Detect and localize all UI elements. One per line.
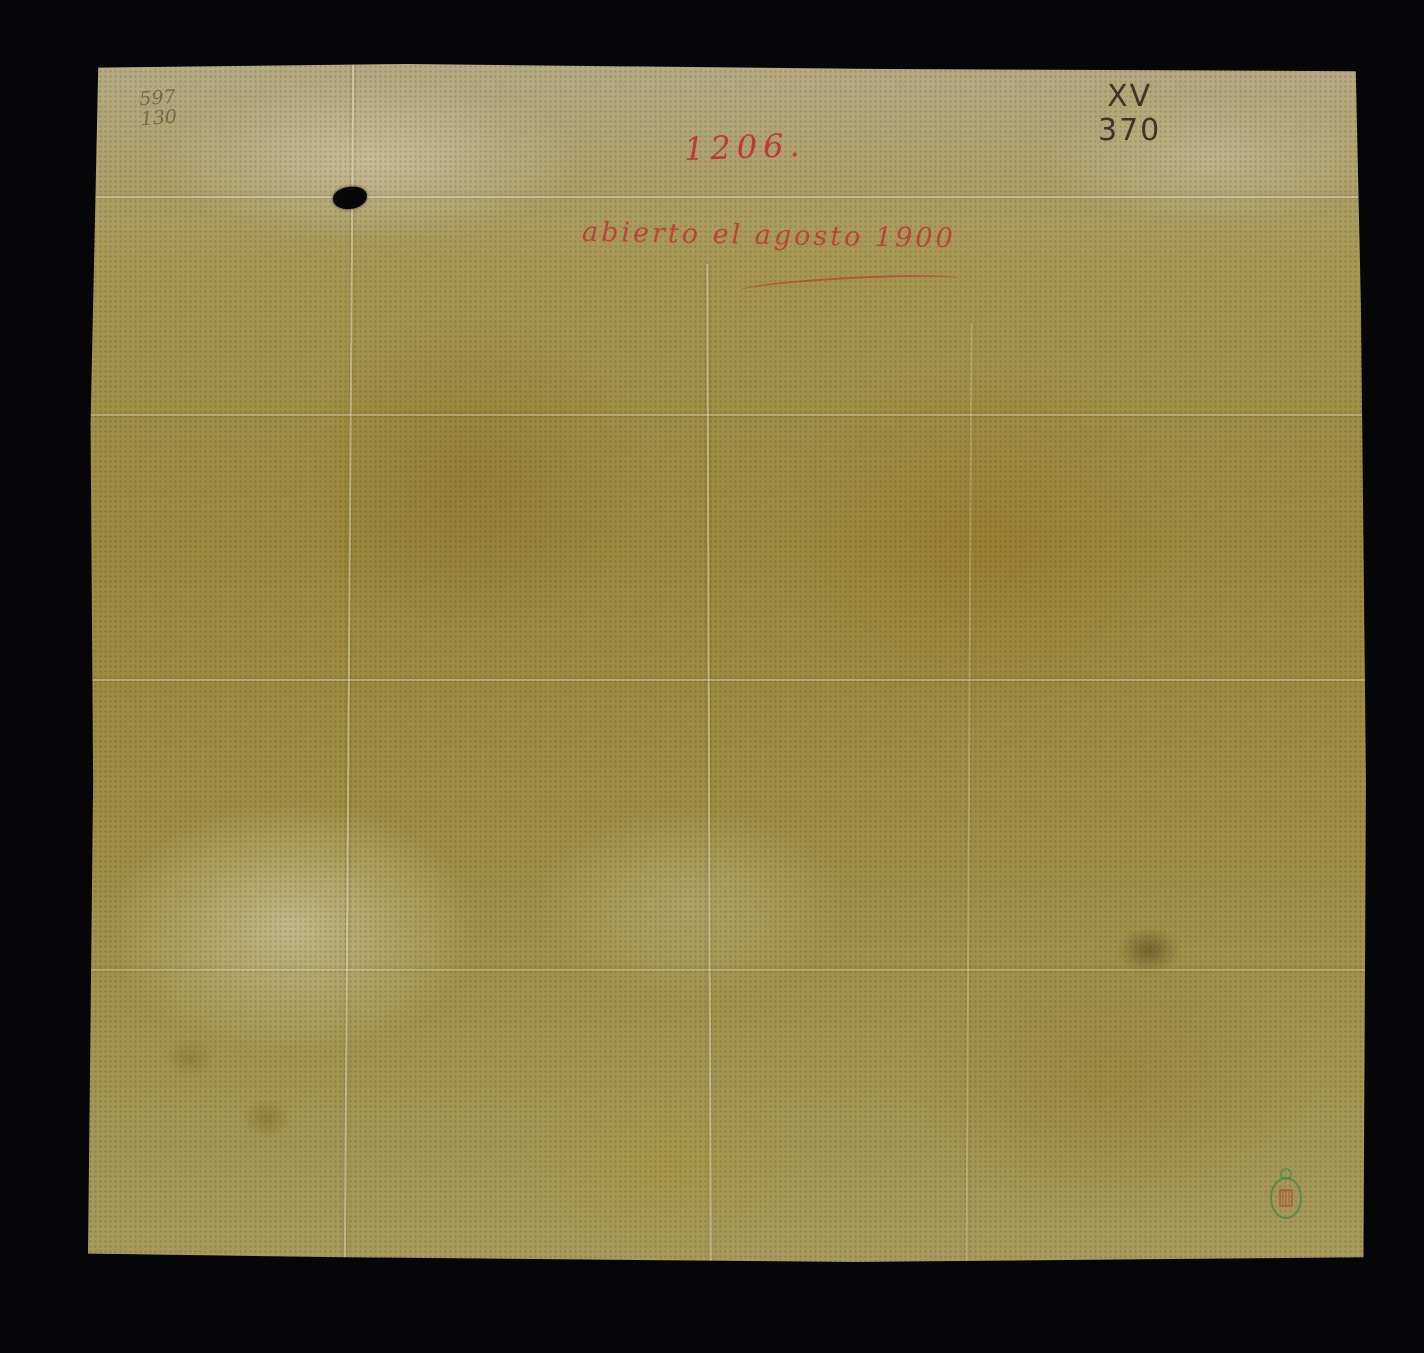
shelfmark-roman: XV [1098, 80, 1161, 114]
fold-line-horizontal [88, 196, 1366, 198]
scanned-document: 597 130 XV 370 1206. abierto el agosto 1… [0, 0, 1424, 1353]
fold-line-horizontal [88, 969, 1366, 971]
fold-line-horizontal [88, 679, 1366, 681]
red-ink-date-note: abierto el agosto 1900 [582, 217, 956, 255]
pencil-annotation-top-left: 597 130 [139, 87, 178, 129]
shelfmark-annotation: XV 370 [1098, 80, 1161, 148]
pencil-line-2: 130 [140, 107, 178, 129]
shelfmark-number: 370 [1098, 114, 1161, 148]
red-ink-number: 1206. [683, 126, 806, 168]
fold-line-horizontal [88, 414, 1366, 416]
archive-stamp-icon [1266, 1166, 1306, 1224]
